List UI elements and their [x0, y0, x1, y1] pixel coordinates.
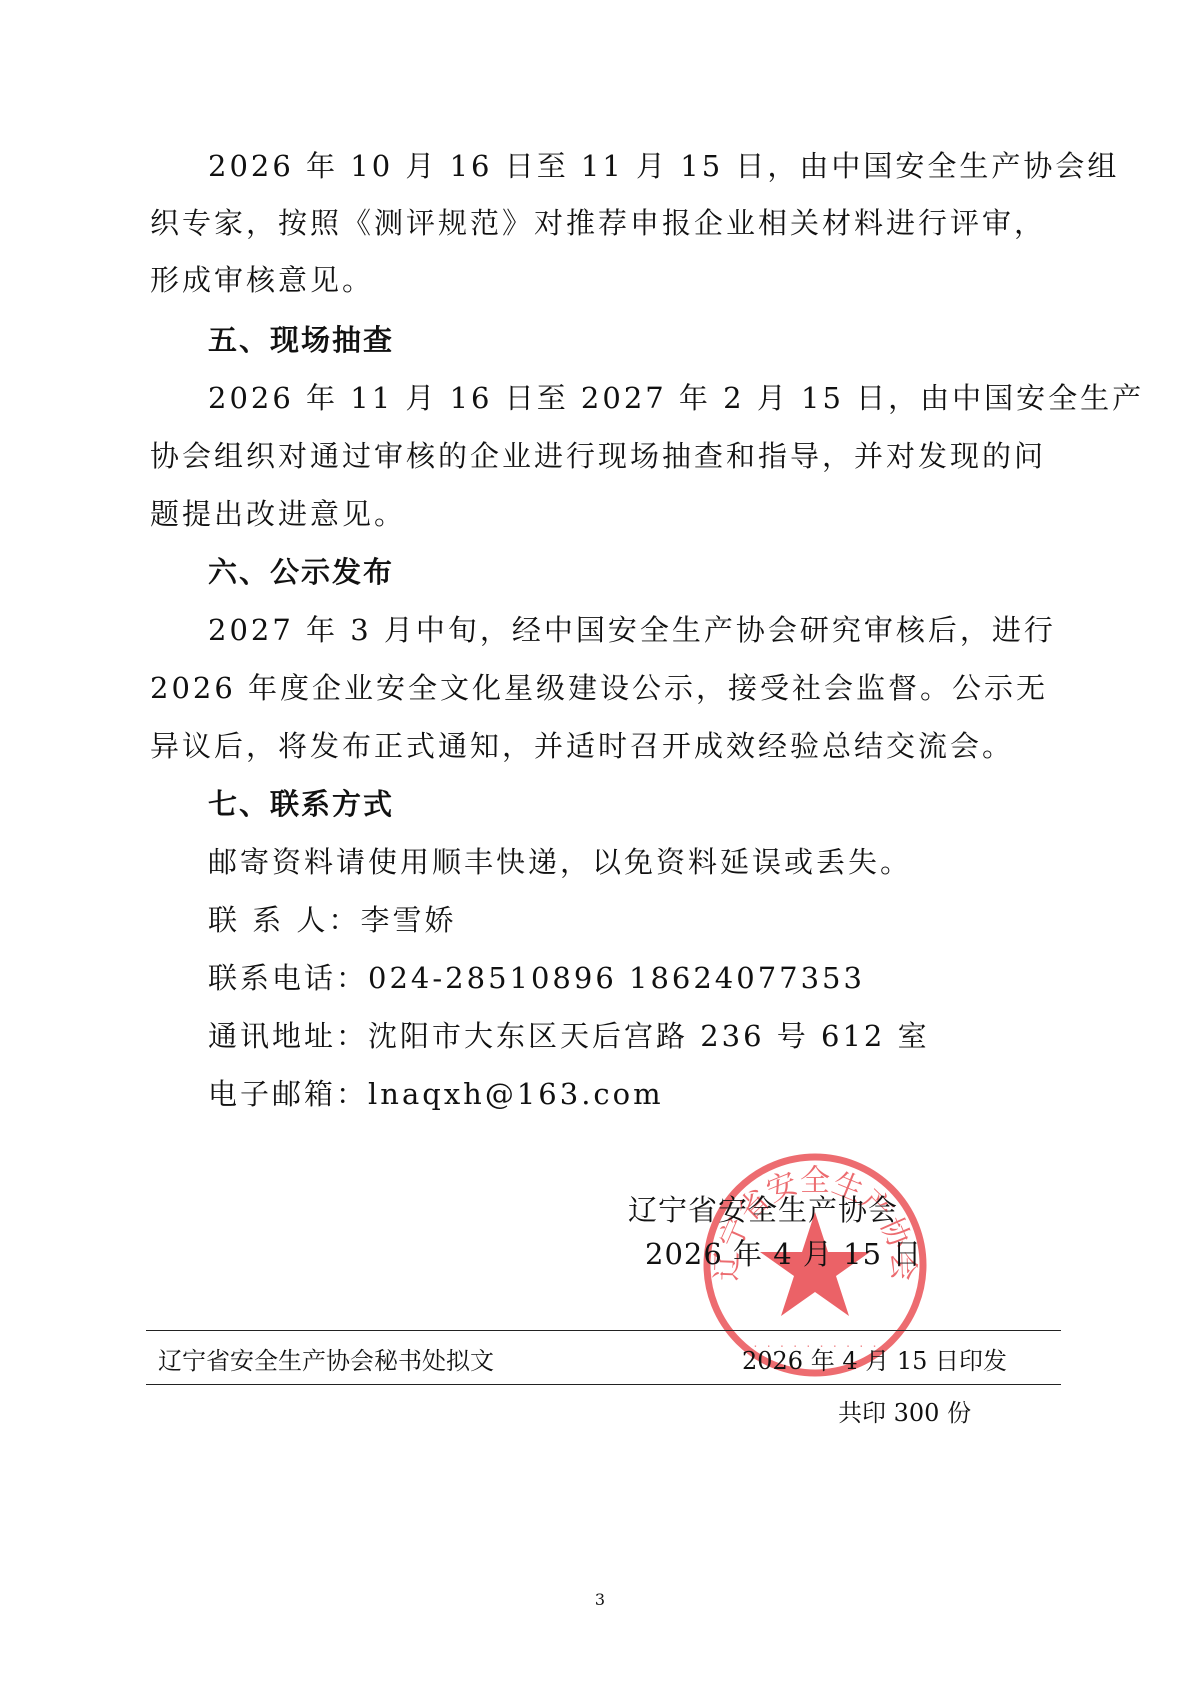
phone-value: 024-28510896 18624077353 — [368, 961, 865, 995]
section-heading: 七、联系方式 — [208, 784, 394, 824]
footer-bottom-rule — [146, 1384, 1061, 1385]
page-number: 3 — [0, 1590, 1200, 1609]
footer-print-date: 2026 年 4 月 15 日印发 — [742, 1346, 1007, 1376]
address-row: 通讯地址：沈阳市大东区天后宫路 236 号 612 室 — [208, 1016, 930, 1056]
email-value: lnaqxh@163.com — [368, 1077, 664, 1111]
phone-label: 联系电话： — [208, 961, 368, 995]
signature-organization: 辽宁省安全生产协会 — [628, 1190, 898, 1230]
paragraph-line: 形成审核意见。 — [150, 260, 374, 300]
paragraph-line: 2027 年 3 月中旬，经中国安全生产协会研究审核后，进行 — [208, 610, 1056, 650]
paragraph-line: 2026 年 10 月 16 日至 11 月 15 日，由中国安全生产协会组 — [208, 146, 1119, 186]
address-value: 沈阳市大东区天后宫路 236 号 612 室 — [368, 1019, 930, 1053]
paragraph-line: 题提出改进意见。 — [150, 494, 406, 534]
paragraph-line: 异议后，将发布正式通知，并适时召开成效经验总结交流会。 — [150, 726, 1014, 766]
paragraph-line: 2026 年 11 月 16 日至 2027 年 2 月 15 日，由中国安全生… — [208, 378, 1144, 418]
mailing-note: 邮寄资料请使用顺丰快递，以免资料延误或丢失。 — [208, 842, 912, 882]
footer-copies: 共印 300 份 — [838, 1398, 971, 1428]
footer-top-rule — [146, 1330, 1061, 1331]
contact-person-label: 联 系 人： — [208, 903, 360, 937]
contact-person-row: 联 系 人：李雪娇 — [208, 900, 456, 940]
phone-row: 联系电话：024-28510896 18624077353 — [208, 958, 865, 998]
email-label: 电子邮箱： — [208, 1077, 368, 1111]
email-row: 电子邮箱：lnaqxh@163.com — [208, 1074, 664, 1114]
address-label: 通讯地址： — [208, 1019, 368, 1053]
footer-issuer: 辽宁省安全生产协会秘书处拟文 — [158, 1346, 494, 1376]
paragraph-line: 2026 年度企业安全文化星级建设公示，接受社会监督。公示无 — [150, 668, 1048, 708]
contact-person-value: 李雪娇 — [360, 903, 456, 937]
paragraph-line: 织专家，按照《测评规范》对推荐申报企业相关材料进行评审， — [150, 203, 1046, 243]
paragraph-line: 协会组织对通过审核的企业进行现场抽查和指导，并对发现的问 — [150, 436, 1046, 476]
section-heading: 六、公示发布 — [208, 552, 394, 592]
section-heading: 五、现场抽查 — [208, 320, 394, 360]
signature-date: 2026 年 4 月 15 日 — [645, 1234, 922, 1274]
